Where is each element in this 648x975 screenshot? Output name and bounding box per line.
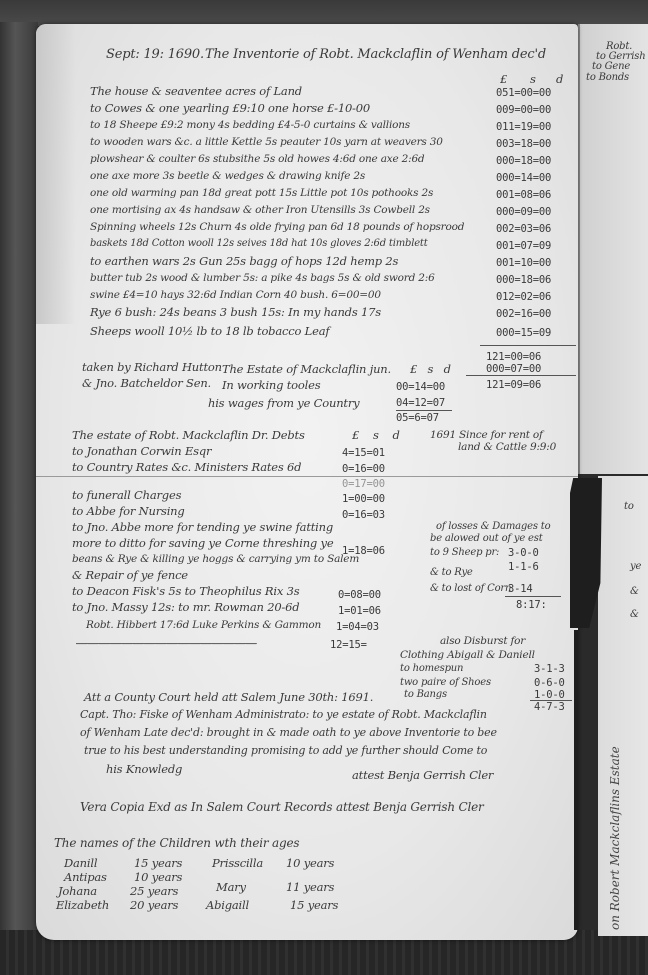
inventory-value: 001=10=00 <box>496 256 551 270</box>
child-age: 11 years <box>286 880 334 894</box>
court-line-1: Att a County Court held att Salem June 3… <box>84 690 373 704</box>
child-name: Mary <box>216 880 246 894</box>
inventory-item: Rye 6 bush: 24s beans 3 bush 15s: In my … <box>90 305 381 319</box>
inventory-item: to earthen wars 2s Gun 25s bagg of hops … <box>90 254 398 268</box>
debt-item: Robt. Hibbert 17:6d Luke Perkins & Gammo… <box>86 618 321 632</box>
inventory-value: 003=18=00 <box>496 137 551 151</box>
debt-item: to Country Rates &c. Ministers Rates 6d <box>72 460 301 474</box>
total-rule <box>466 375 576 376</box>
inventory-value: 000=18=00 <box>496 154 551 168</box>
copy-attestation: Vera Copia Exd as In Salem Court Records… <box>80 800 484 814</box>
child-age: 25 years <box>130 884 178 898</box>
inventory-adjustment: 000=07=00 <box>486 362 541 376</box>
debts-heads: £ s d <box>352 428 400 442</box>
child-name: Prisscilla <box>212 856 263 870</box>
estate-junior-item: In working tooles <box>222 378 320 392</box>
adjacent-margin-text: & <box>630 585 639 599</box>
inventory-item: swine £4=10 hays 32:6d Indian Corn 40 bu… <box>90 288 381 302</box>
estate-junior-title: The Estate of Mackclaflin jun. <box>222 362 391 376</box>
inventory-value: 000=14=00 <box>496 171 551 185</box>
court-line-4: true to his best understanding promising… <box>84 744 487 758</box>
disbursement-item: to homespun <box>400 662 463 676</box>
inventory-value: 000=09=00 <box>496 205 551 219</box>
child-name: Elizabeth <box>56 898 109 912</box>
head-l: £ <box>410 362 417 376</box>
inventory-item: butter tub 2s wood & lumber 5s: a pike 4… <box>90 271 435 285</box>
child-name: Antipas <box>64 870 107 884</box>
loss-total: 8:17: <box>516 598 547 612</box>
debt-item: to Abbe for Nursing <box>72 504 185 518</box>
appraiser-line-2: & Jno. Batcheldor Sen. <box>82 376 211 390</box>
debt-value: 1=00=00 <box>342 492 385 506</box>
head-s: s <box>373 428 379 442</box>
inventory-item: The house & seaventee acres of Land <box>90 84 302 98</box>
page-fold-line <box>36 476 578 477</box>
child-age: 20 years <box>130 898 178 912</box>
loss-item: & to Rye <box>430 566 473 580</box>
inventory-value: 000=15=09 <box>496 326 551 340</box>
debts-title: The estate of Robt. Mackclaflin Dr. Debt… <box>72 428 305 442</box>
child-age: 10 years <box>134 870 182 884</box>
disbursement-total: 4-7-3 <box>534 700 565 714</box>
inventory-value: 011=19=00 <box>496 120 551 134</box>
child-age: 15 years <box>290 898 338 912</box>
debt-item: more to ditto for saving ye Corne thresh… <box>72 536 333 550</box>
debt-item: to Jonathan Corwin Esqr <box>72 444 211 458</box>
estate-junior-total: 05=6=07 <box>396 411 439 425</box>
microfilm-frame-top <box>0 0 648 26</box>
subtotal-rule <box>480 345 576 346</box>
inventory-value: 000=18=06 <box>496 273 551 287</box>
currency-head-s: s <box>530 72 536 86</box>
debt-value: 0=08=00 <box>338 588 381 602</box>
inventory-total: 121=09=06 <box>486 378 541 392</box>
appraiser-line-1: taken by Richard Hutton <box>82 360 222 374</box>
inventory-value: 051=00=00 <box>496 86 551 100</box>
child-age: 10 years <box>286 856 334 870</box>
head-d: d <box>444 362 451 376</box>
debt-item: to funerall Charges <box>72 488 181 502</box>
estate-junior-heads: £ s d <box>410 362 451 376</box>
adjacent-page-text: to Bonds <box>586 71 629 85</box>
inventory-value: 001=08=06 <box>496 188 551 202</box>
inventory-item: one old warming pan 18d great pott 15s L… <box>90 186 433 200</box>
head-l: £ <box>352 428 359 442</box>
child-age: 15 years <box>134 856 182 870</box>
debt-value: 0=17=00 <box>342 477 385 491</box>
head-s: s <box>428 362 434 376</box>
inventory-item: Spinning wheels 12s Churn 4s olde frying… <box>90 220 464 234</box>
docket-note: on Robert Mackclaflins Estate <box>608 746 622 930</box>
losses-rule <box>505 596 561 597</box>
debt-value: 1=04=03 <box>336 620 379 634</box>
inventory-item: baskets 18d Cotton wooll 12s seives 18d … <box>90 237 428 251</box>
inventory-value: 001=07=09 <box>496 239 551 253</box>
debt-item: beans & Rye & killing ye hoggs & carryin… <box>72 552 359 566</box>
currency-head-l: £ <box>500 72 507 86</box>
adjacent-margin-text: & <box>630 608 639 622</box>
adjacent-margin-text: to <box>624 500 634 514</box>
court-line-3: of Wenham Late dec'd: brought in & made … <box>80 726 497 740</box>
loss-value: 1-1-6 <box>508 560 539 574</box>
loss-value: 3-0-0 <box>508 546 539 560</box>
head-d: d <box>392 428 399 442</box>
adjacent-margin-text: ye <box>630 560 641 574</box>
loss-item: to 9 Sheep pr: <box>430 546 499 560</box>
inventory-value: 002=03=06 <box>496 222 551 236</box>
adjacent-page <box>578 24 648 474</box>
inventory-item: to 18 Sheepe £9:2 mony 4s bedding £4-5-0… <box>90 118 410 132</box>
debt-item: to Jno. Massy 12s: to mr. Rowman 20-6d <box>72 600 299 614</box>
estate-junior-item: his wages from ye Country <box>208 396 359 410</box>
debt-item: to Jno. Abbe more for tending ye swine f… <box>72 520 333 534</box>
inventory-item: plowshear & coulter 6s stubsithe 5s old … <box>90 152 424 166</box>
inventory-value: 009=00=00 <box>496 103 551 117</box>
debt-value: 0=16=03 <box>342 508 385 522</box>
disbursement-value: 3-1-3 <box>534 662 565 676</box>
inventory-item: to wooden wars &c. a little Kettle 5s pe… <box>90 135 443 149</box>
inventory-item: to Cowes & one yearling £9:10 one horse … <box>90 101 370 115</box>
inventory-value: 002=16=00 <box>496 307 551 321</box>
inventory-item: one mortising ax 4s handsaw & other Iron… <box>90 203 430 217</box>
debt-item: & Repair of ye fence <box>72 568 188 582</box>
debt-value: 4=15=01 <box>342 446 385 460</box>
currency-head-d: d <box>556 72 563 86</box>
court-line-2: Capt. Tho: Fiske of Wenham Administrato:… <box>80 708 487 722</box>
adjacent-page-lower <box>598 476 648 936</box>
debt-item-struck: ———————————————— <box>76 636 257 650</box>
debt-item: to Deacon Fisk's 5s to Theophilus Rix 3s <box>72 584 299 598</box>
estate-junior-value: 04=12=07 <box>396 396 445 410</box>
inventory-title: The Inventorie of Robt. Mackclaflin of W… <box>205 48 546 62</box>
inventory-item: Sheeps wooll 10½ lb to 18 lb tobacco Lea… <box>90 324 329 338</box>
debt-total: 12=15= <box>330 638 367 652</box>
inventory-item: one axe more 3s beetle & wedges & drawin… <box>90 169 365 183</box>
court-line-5: his Knowledg <box>106 762 182 776</box>
side-note-1691-line2: land & Cattle 9:9:0 <box>458 440 556 454</box>
loss-value: 3-14 <box>508 582 533 596</box>
loss-item: be alowed out of ye est <box>430 532 543 546</box>
court-attest: attest Benja Gerrish Cler <box>352 768 493 782</box>
disbursement-item: Clothing Abigall & Daniell <box>400 648 535 662</box>
child-name: Abigaill <box>206 898 249 912</box>
children-heading: The names of the Children wth their ages <box>54 836 299 850</box>
debt-value: 1=01=06 <box>338 604 381 618</box>
inventory-date: Sept: 19: 1690. <box>106 48 204 62</box>
estate-junior-value: 00=14=00 <box>396 380 445 394</box>
microfilm-frame-left <box>0 22 38 975</box>
debt-value: 0=16=00 <box>342 462 385 476</box>
disbursement-item: to Bangs <box>404 688 447 702</box>
loss-item: & to lost of Corn <box>430 582 511 596</box>
debt-value: 1=18=06 <box>342 544 385 558</box>
child-name: Johana <box>58 884 97 898</box>
disbursements-heading: also Disburst for <box>440 634 525 648</box>
binding-spine <box>574 630 578 930</box>
inventory-value: 012=02=06 <box>496 290 551 304</box>
child-name: Danill <box>64 856 97 870</box>
